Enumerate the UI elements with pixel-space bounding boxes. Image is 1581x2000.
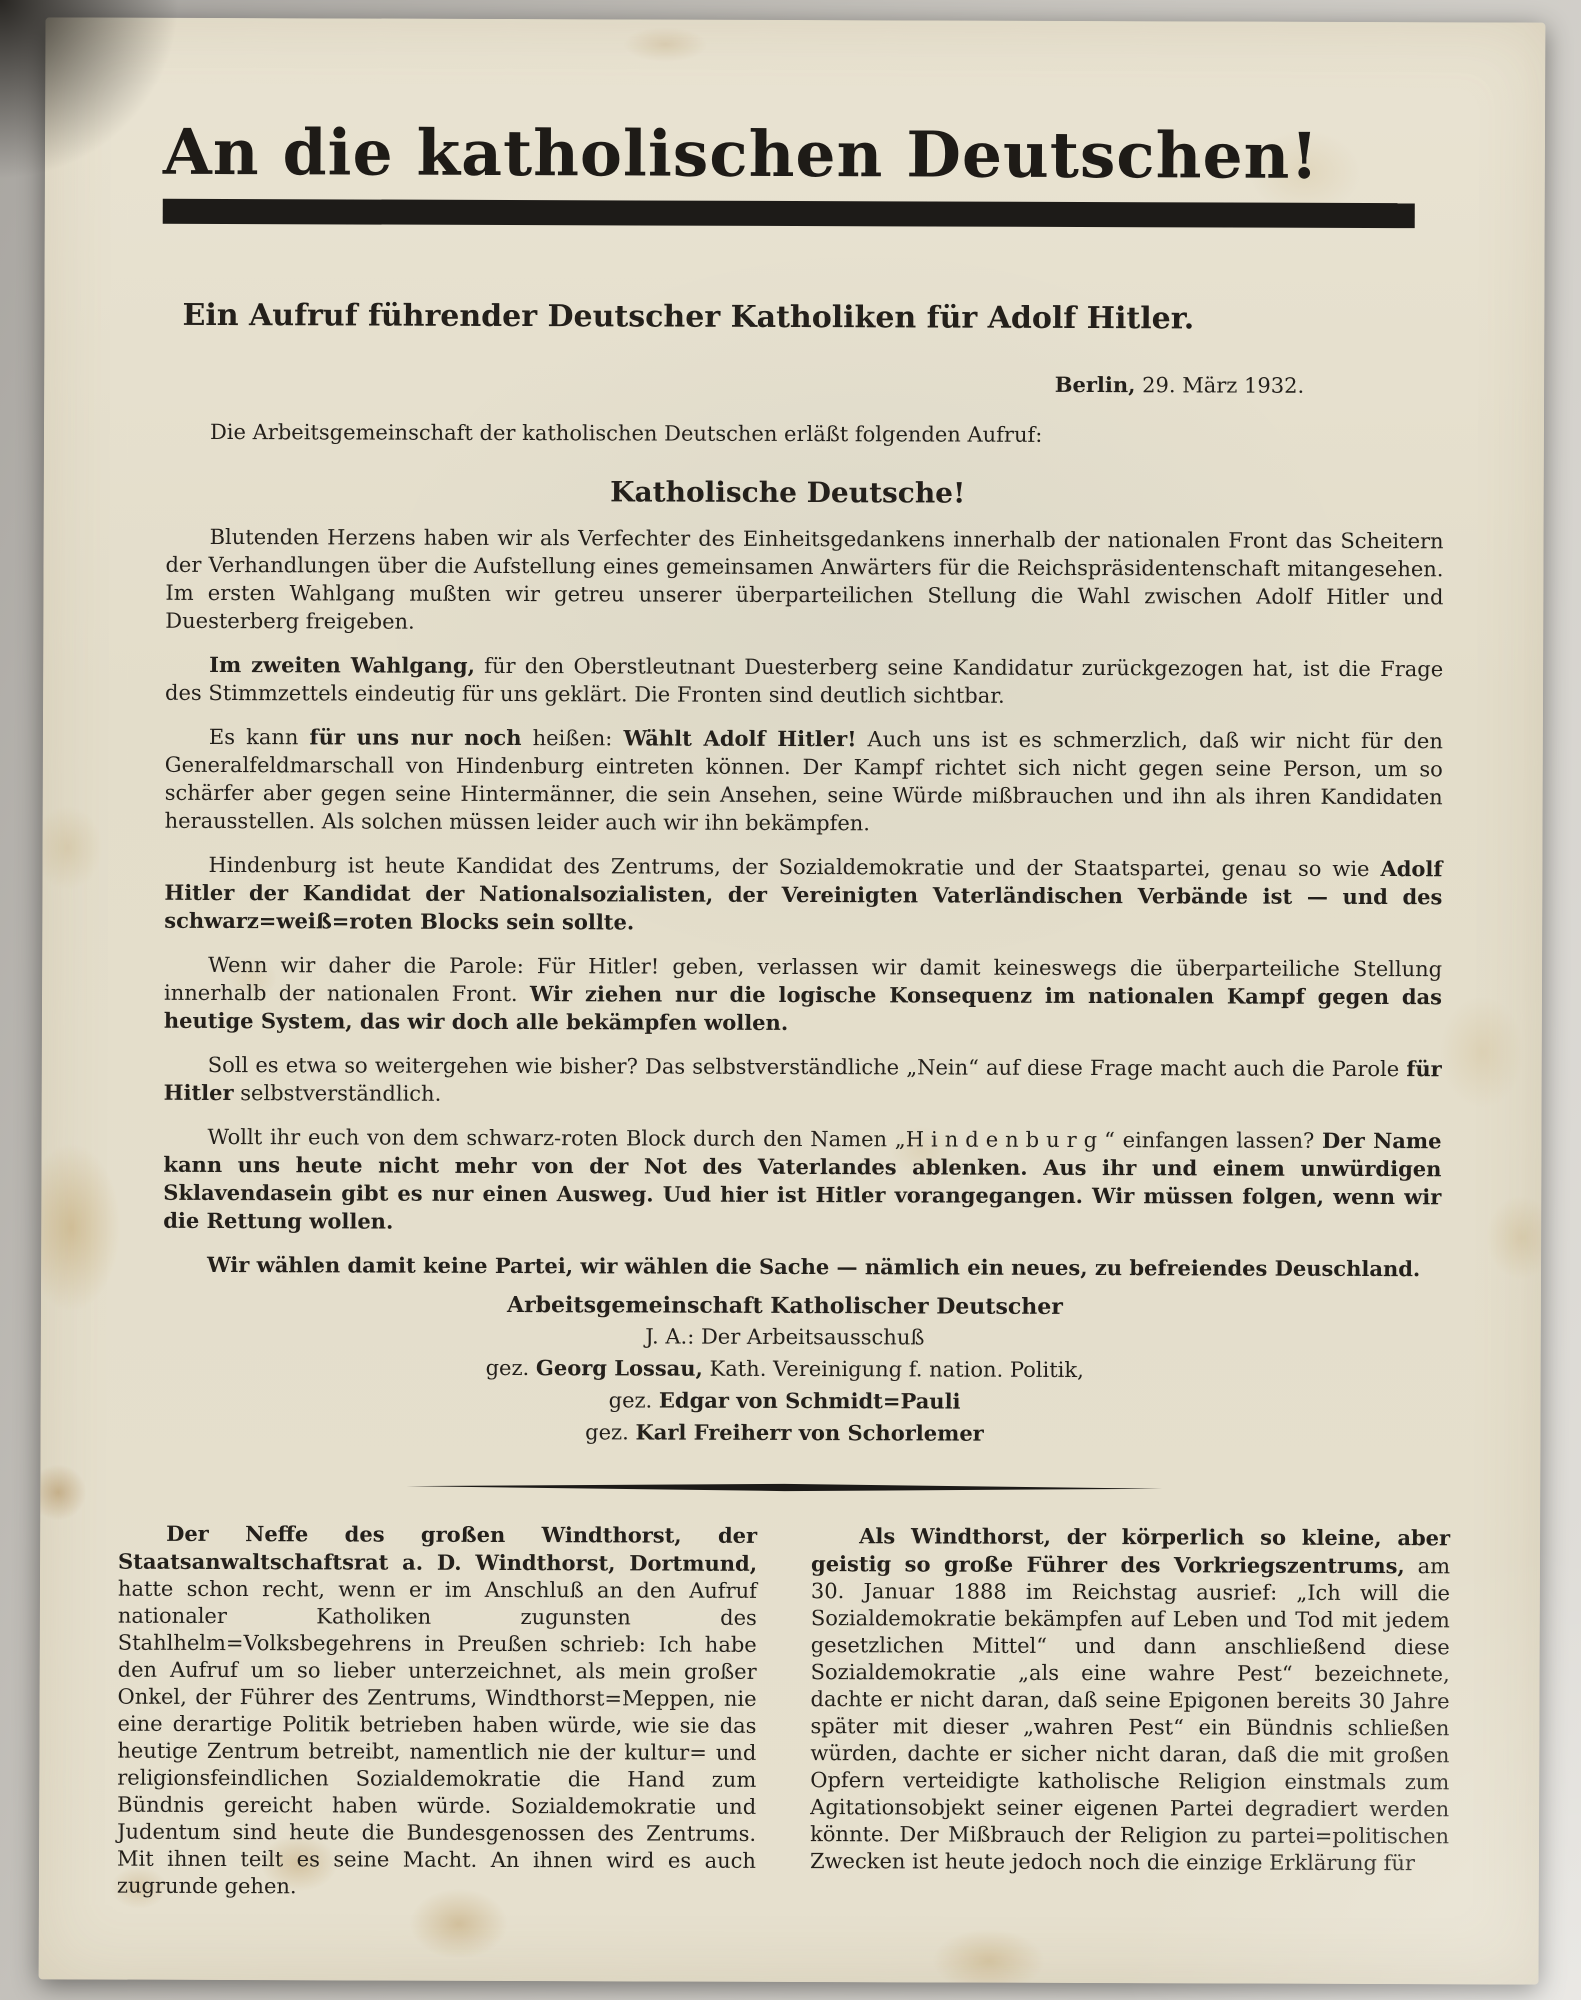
subtitle: Ein Aufruf führender Deutscher Katholike… bbox=[182, 298, 1194, 337]
text-run: Wählt Adolf Hitler! bbox=[623, 725, 856, 751]
text-run: selbstverständlich. bbox=[234, 1081, 442, 1106]
signature-line: gez. Edgar von Schmidt=Pauli bbox=[119, 1383, 1451, 1420]
dateline: Berlin, 29. März 1932. bbox=[122, 369, 1304, 398]
text-run: Im zweiten Wahlgang, bbox=[209, 652, 475, 678]
text-run: Karl Freiherr von Schorlemer bbox=[635, 1419, 983, 1445]
text-run: gez. bbox=[609, 1388, 659, 1412]
text-run: Wir wählen damit keine Partei, wir wähle… bbox=[207, 1252, 1420, 1281]
paragraph: Im zweiten Wahlgang, für den Oberstleutn… bbox=[165, 651, 1443, 711]
text-run: Soll es etwa so weitergehen wie bisher? … bbox=[208, 1053, 1407, 1081]
photo-background: An die katholischen Deutschen! Ein Aufru… bbox=[0, 0, 1581, 2000]
text-run: Wollt ihr euch von dem schwarz-roten Blo… bbox=[207, 1125, 905, 1151]
title-underline-bar bbox=[163, 199, 1415, 228]
column-paragraph: Der Neffe des großen Windthorst, der Sta… bbox=[117, 1520, 757, 1902]
column-left: Der Neffe des großen Windthorst, der Sta… bbox=[117, 1520, 757, 1902]
paragraph: Es kann für uns nur noch heißen: Wählt A… bbox=[165, 723, 1443, 839]
text-run: gez. bbox=[486, 1356, 536, 1380]
text-run: Berlin, bbox=[1055, 372, 1136, 397]
divider-rule bbox=[406, 1482, 1162, 1494]
masthead: An die katholischen Deutschen! bbox=[163, 118, 1415, 228]
text-run: für uns nur noch bbox=[310, 724, 522, 750]
column-paragraph: Als Windthorst, der körperlich so kleine… bbox=[810, 1522, 1450, 1877]
text-run: “ einfangen lassen? bbox=[1104, 1128, 1322, 1153]
signature-block: Arbeitsgemeinschaft Katholischer Deutsch… bbox=[118, 1289, 1451, 1452]
text-run: heißen: bbox=[521, 726, 623, 750]
text-run: Hindenburg bbox=[906, 1127, 1104, 1152]
paragraph: Wir wählen damit keine Partei, wir wähle… bbox=[163, 1251, 1441, 1283]
paragraph: Wollt ihr euch von dem schwarz-roten Blo… bbox=[163, 1123, 1441, 1239]
column-right: Als Windthorst, der körperlich so kleine… bbox=[810, 1522, 1450, 1904]
text-run: Hindenburg ist heute Kandidat des Zentru… bbox=[208, 853, 1380, 881]
signature-line: gez. Karl Freiherr von Schorlemer bbox=[118, 1415, 1450, 1452]
paragraph: Soll es etwa so weitergehen wie bisher? … bbox=[164, 1051, 1442, 1111]
page-title: An die katholischen Deutschen! bbox=[163, 118, 1415, 190]
leaflet-paper: An die katholischen Deutschen! Ein Aufru… bbox=[39, 17, 1546, 1984]
body-paragraphs: Blutenden Herzens haben wir als Verfecht… bbox=[119, 523, 1454, 1284]
signature-committee: J. A.: Der Arbeitsausschuß bbox=[119, 1320, 1451, 1356]
paragraph: Hindenburg ist heute Kandidat des Zentru… bbox=[164, 851, 1442, 939]
text-run: gez. bbox=[585, 1420, 635, 1444]
bottom-columns: Der Neffe des großen Windthorst, der Sta… bbox=[117, 1520, 1450, 1905]
signers: gez. Georg Lossau, Kath. Vereinigung f. … bbox=[118, 1351, 1450, 1452]
text-run: Als Windthorst, der körperlich so kleine… bbox=[811, 1523, 1450, 1578]
text-run: Kath. Vereinigung f. nation. Politik, bbox=[703, 1357, 1084, 1382]
text-run: Edgar von Schmidt=Pauli bbox=[659, 1388, 961, 1414]
text-run: 29. März 1932. bbox=[1135, 373, 1304, 398]
text-run: Blutenden Herzens haben wir als Verfecht… bbox=[165, 525, 1443, 634]
paragraph: Wenn wir daher die Parole: Für Hitler! g… bbox=[164, 951, 1442, 1039]
intro-line: Die Arbeitsgemeinschaft der katholischen… bbox=[166, 420, 1454, 448]
text-run: am 30. Januar 1888 im Reichstag ausrief:… bbox=[810, 1554, 1450, 1875]
signature-line: gez. Georg Lossau, Kath. Vereinigung f. … bbox=[119, 1351, 1451, 1388]
leaflet-content: An die katholischen Deutschen! Ein Aufru… bbox=[39, 17, 1546, 1904]
text-run: Georg Lossau, bbox=[536, 1355, 703, 1381]
text-run: Der Neffe des großen Windthorst, der Sta… bbox=[118, 1521, 757, 1576]
section-heading: Katholische Deutsche! bbox=[122, 474, 1454, 512]
text-run: hatte schon recht, wenn er im Anschluß a… bbox=[117, 1577, 757, 1899]
paragraph: Blutenden Herzens haben wir als Verfecht… bbox=[165, 523, 1443, 639]
text-run: Es kann bbox=[209, 725, 310, 749]
signature-org: Arbeitsgemeinschaft Katholischer Deutsch… bbox=[119, 1289, 1451, 1325]
